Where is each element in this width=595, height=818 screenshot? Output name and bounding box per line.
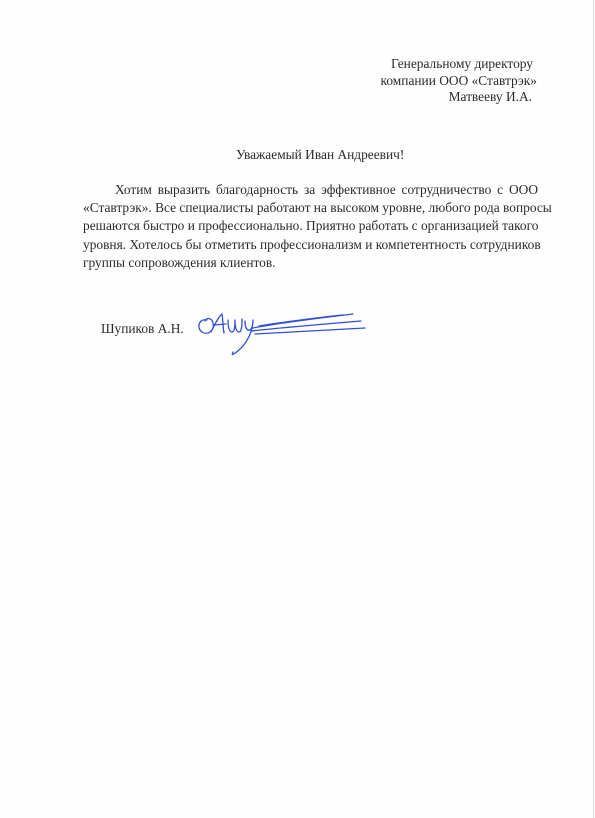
signature-icon <box>193 306 373 358</box>
page-edge <box>593 0 594 818</box>
signatory-name: Шупиков А.Н. <box>101 321 184 337</box>
salutation: Уважаемый Иван Андреевич! <box>236 147 404 163</box>
body-line: группы сопровождения клиентов. <box>83 254 538 272</box>
body-line: Хотим выразить благодарность за эффектив… <box>83 181 538 199</box>
body-line: уровня. Хотелось бы отметить профессиона… <box>83 236 538 254</box>
addressee-name: Матвееву И.А. <box>381 89 532 106</box>
addressee-company: компании ООО «Ставтрэк» <box>381 73 537 90</box>
letter-body: Хотим выразить благодарность за эффектив… <box>83 181 538 272</box>
letter-page: Генеральному директору компании ООО «Ста… <box>0 0 595 818</box>
addressee-block: Генеральному директору компании ООО «Ста… <box>381 56 537 106</box>
body-line: «Ставтрэк». Все специалисты работают на … <box>83 199 538 217</box>
addressee-position: Генеральному директору <box>381 56 533 73</box>
body-line: решаются быстро и профессионально. Прият… <box>83 217 538 235</box>
